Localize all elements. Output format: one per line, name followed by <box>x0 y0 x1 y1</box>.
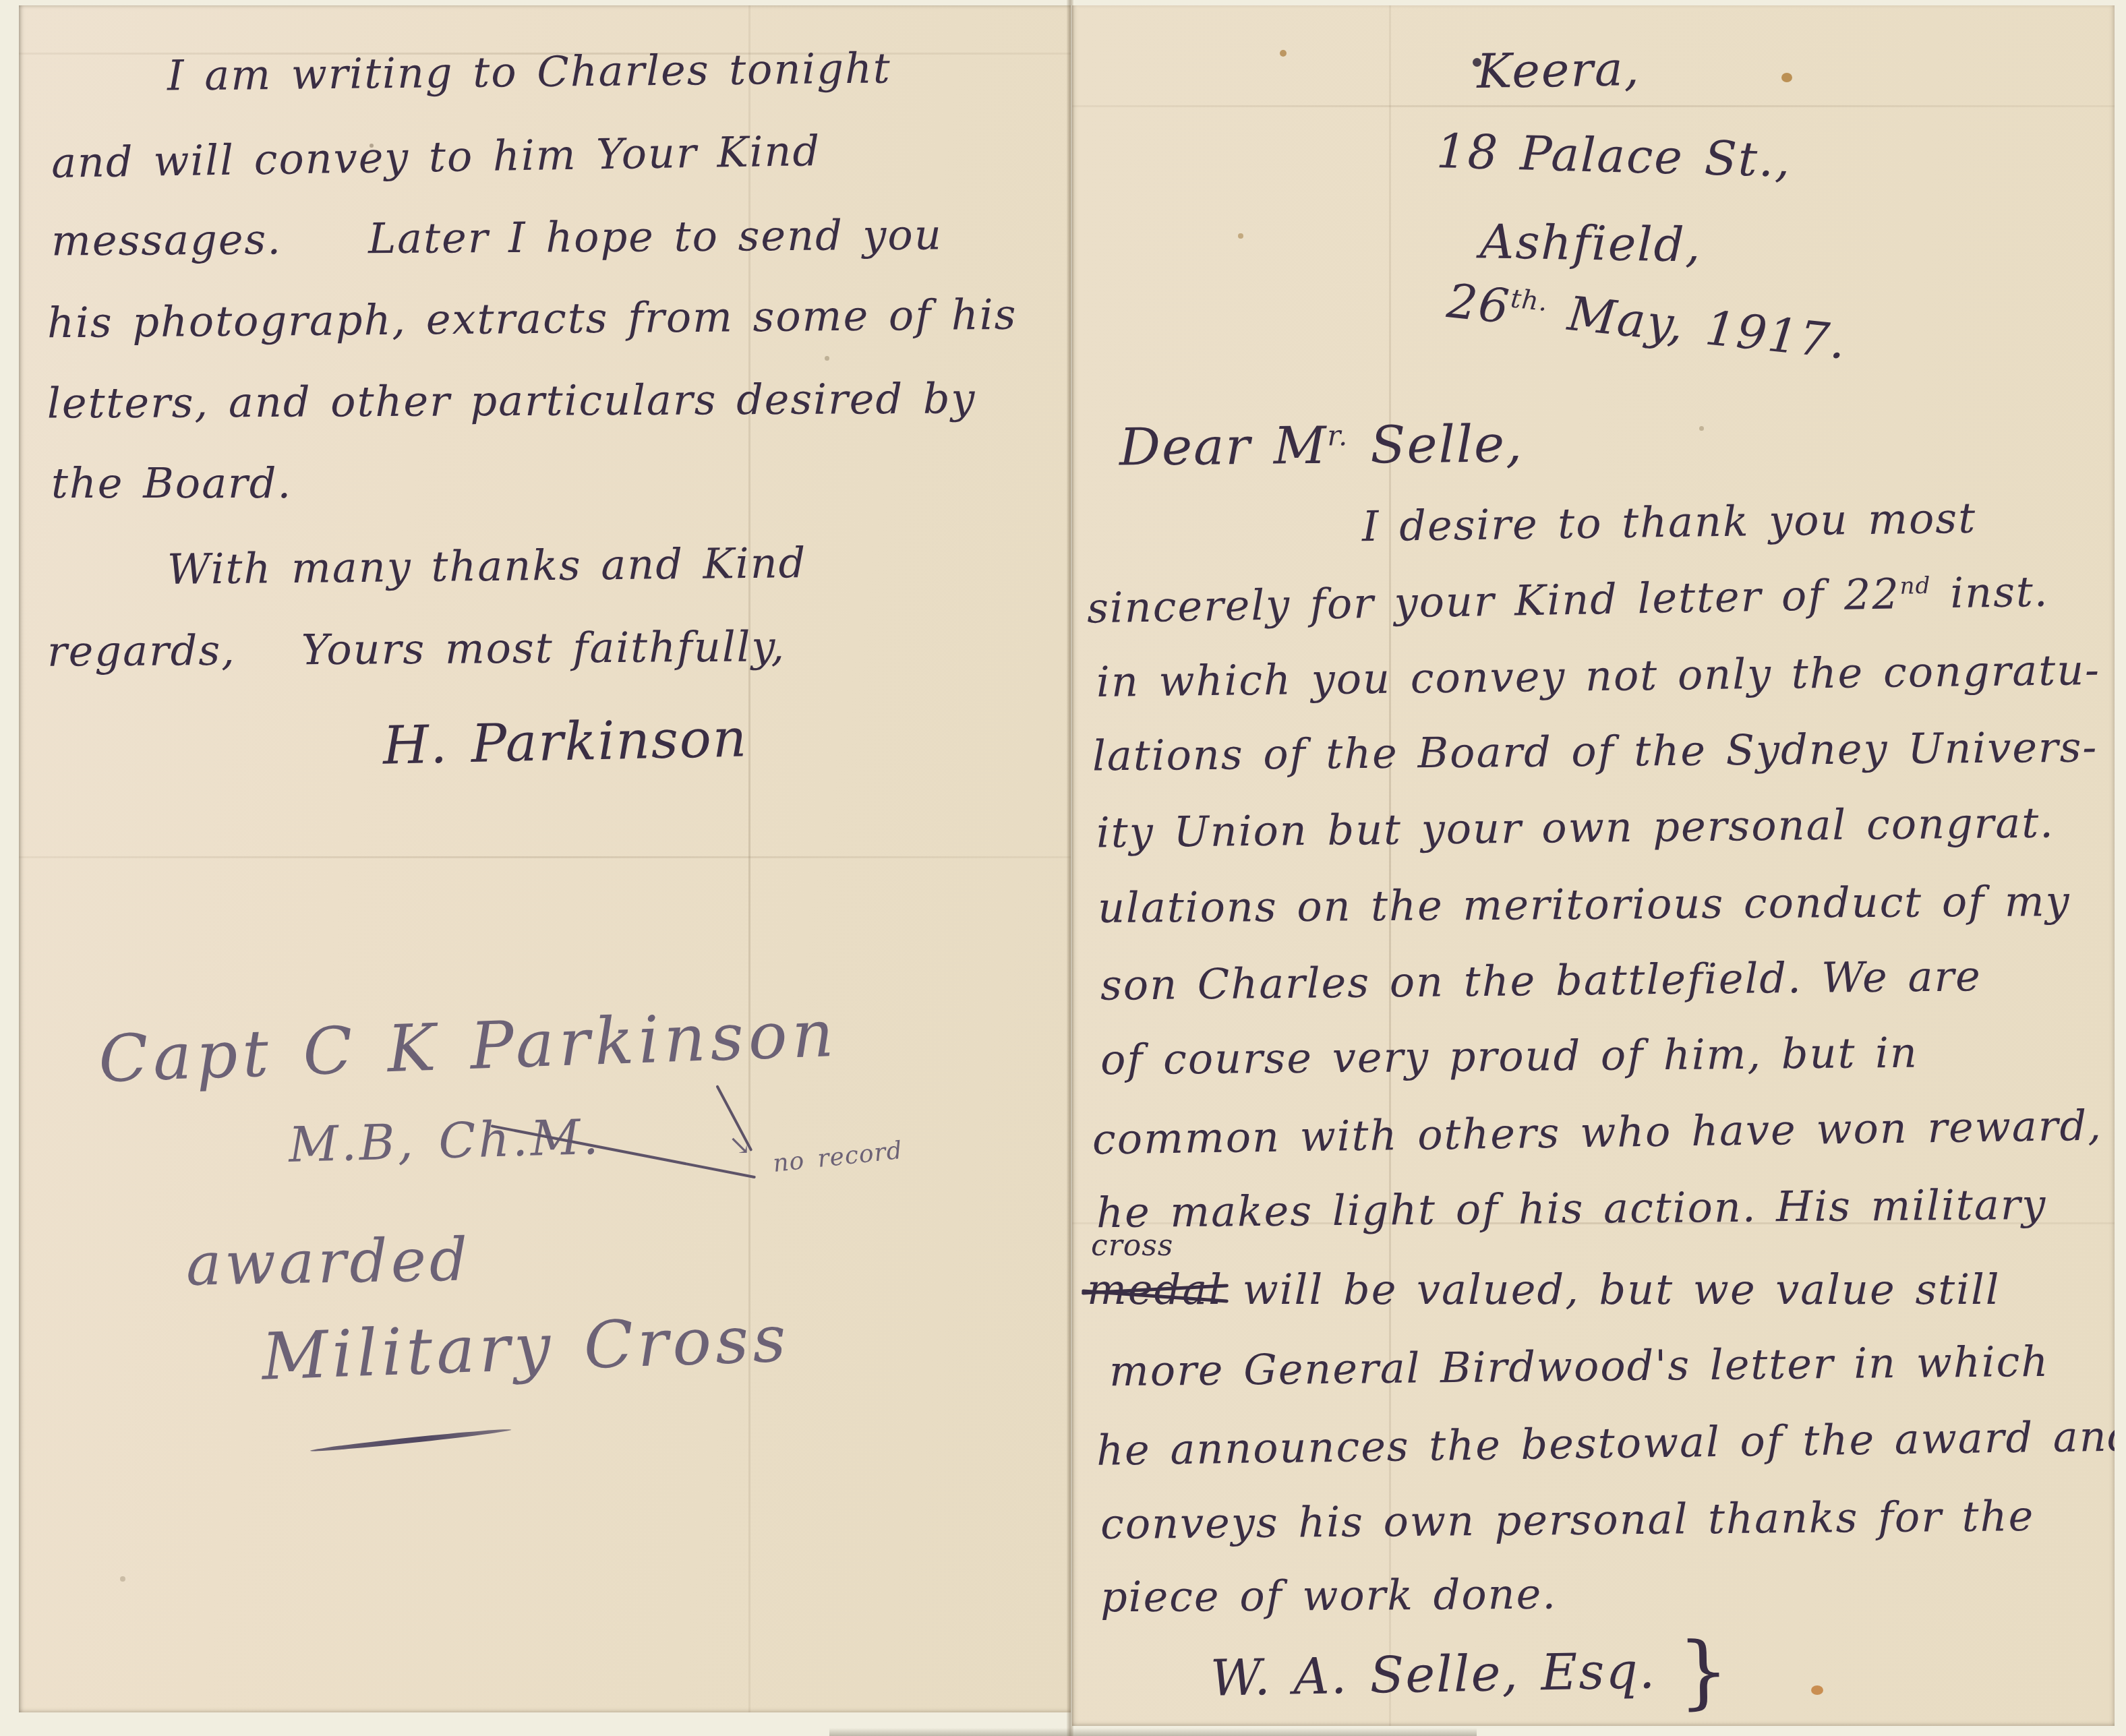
paper-speck <box>825 356 829 361</box>
addressee: W. A. Selle, Esq. } <box>1210 1624 1731 1726</box>
signature: H. Parkinson <box>382 708 748 776</box>
pencil-note-military-cross: Military Cross <box>260 1300 791 1394</box>
handwritten-line: lations of the Board of the Sydney Unive… <box>1092 722 2098 780</box>
salutation: Dear Mr. Selle, <box>1119 413 1524 477</box>
handwritten-line: in which you convey not only the congrat… <box>1096 645 2101 707</box>
paper-speck <box>120 1576 125 1582</box>
fold-crease <box>748 5 750 1712</box>
letter-scan: I am writing to Charles tonight and will… <box>0 0 2126 1736</box>
handwritten-line: ulations on the meritorious conduct of m… <box>1098 876 2071 932</box>
fold-crease <box>19 856 1071 858</box>
letter-date: 26th. May, 1917. <box>1444 273 1850 370</box>
handwritten-line: common with others who have won reward, <box>1092 1101 2103 1164</box>
address-street: 18 Palace St., <box>1436 123 1792 188</box>
handwritten-line: regards, Yours most faithfully, <box>47 622 786 676</box>
fold-crease <box>1072 105 2115 107</box>
handwritten-line: I desire to thank you most <box>1362 493 1977 551</box>
handwritten-line: the Board. <box>51 458 292 508</box>
handwritten-line: and will convey to him Your Kind <box>51 126 821 187</box>
struck-word: medal <box>1087 1265 1223 1314</box>
down-right-arrow-icon: ↘ <box>728 1130 752 1161</box>
right-page: Keera, 18 Palace St., Ashfield, 26th. Ma… <box>1072 5 2115 1726</box>
scan-edge-shadow <box>829 1728 1477 1736</box>
handwritten-line: he makes light of his action. His milita… <box>1096 1180 2047 1237</box>
date-rest: May, 1917. <box>1544 284 1850 370</box>
handwritten-line: With many thanks and Kind <box>167 538 807 594</box>
handwritten-line: more General Birdwood's letter in which <box>1109 1337 2050 1396</box>
handwritten-line: son Charles on the battlefield. We are <box>1100 951 1982 1010</box>
left-page: I am writing to Charles tonight and will… <box>19 5 1071 1712</box>
handwritten-line: letters, and other particulars desired b… <box>47 373 976 427</box>
handwritten-line-with-correction: crossmedal will be valued, but we value … <box>1087 1265 2001 1314</box>
handwritten-line: he announces the bestowal of the award a… <box>1096 1411 2115 1475</box>
handwritten-line: piece of work done. <box>1100 1569 1557 1622</box>
handwritten-line: I am writing to Charles tonight <box>167 43 891 100</box>
pencil-note-awarded: awarded <box>185 1224 471 1298</box>
foxing-spot <box>1238 233 1243 239</box>
inserted-word: cross <box>1091 1228 1173 1263</box>
handwritten-line: ity Union but your own personal congrat. <box>1096 798 2055 858</box>
paper-speck <box>1699 426 1704 431</box>
handwritten-line: sincerely for your Kind letter of 22nd i… <box>1086 567 2049 633</box>
address-suburb: Ashfield, <box>1479 214 1702 273</box>
pencil-note-name: Capt C K Parkinson <box>97 996 839 1097</box>
handwritten-line: of course very proud of him, but in <box>1100 1028 1918 1085</box>
page-seam <box>1067 0 1073 1736</box>
foxing-spot <box>1280 50 1287 57</box>
address-house-name: Keera, <box>1476 41 1641 99</box>
handwritten-line: conveys his own personal thanks for the <box>1100 1491 2035 1549</box>
handwritten-line: his photograph, extracts from some of hi… <box>47 290 1017 348</box>
footer-brace: } <box>1677 1624 1731 1718</box>
date-ordinal: th. <box>1509 283 1549 318</box>
foxing-spot <box>1781 73 1792 82</box>
underline-stroke <box>310 1427 512 1454</box>
foxing-spot <box>1811 1685 1823 1695</box>
date-day: 26 <box>1444 273 1512 334</box>
pencil-note-degrees: M.B, Ch.M. <box>288 1108 601 1173</box>
pencil-note-annotation: no record <box>771 1137 904 1178</box>
handwritten-line: messages. Later I hope to send you <box>51 210 943 265</box>
